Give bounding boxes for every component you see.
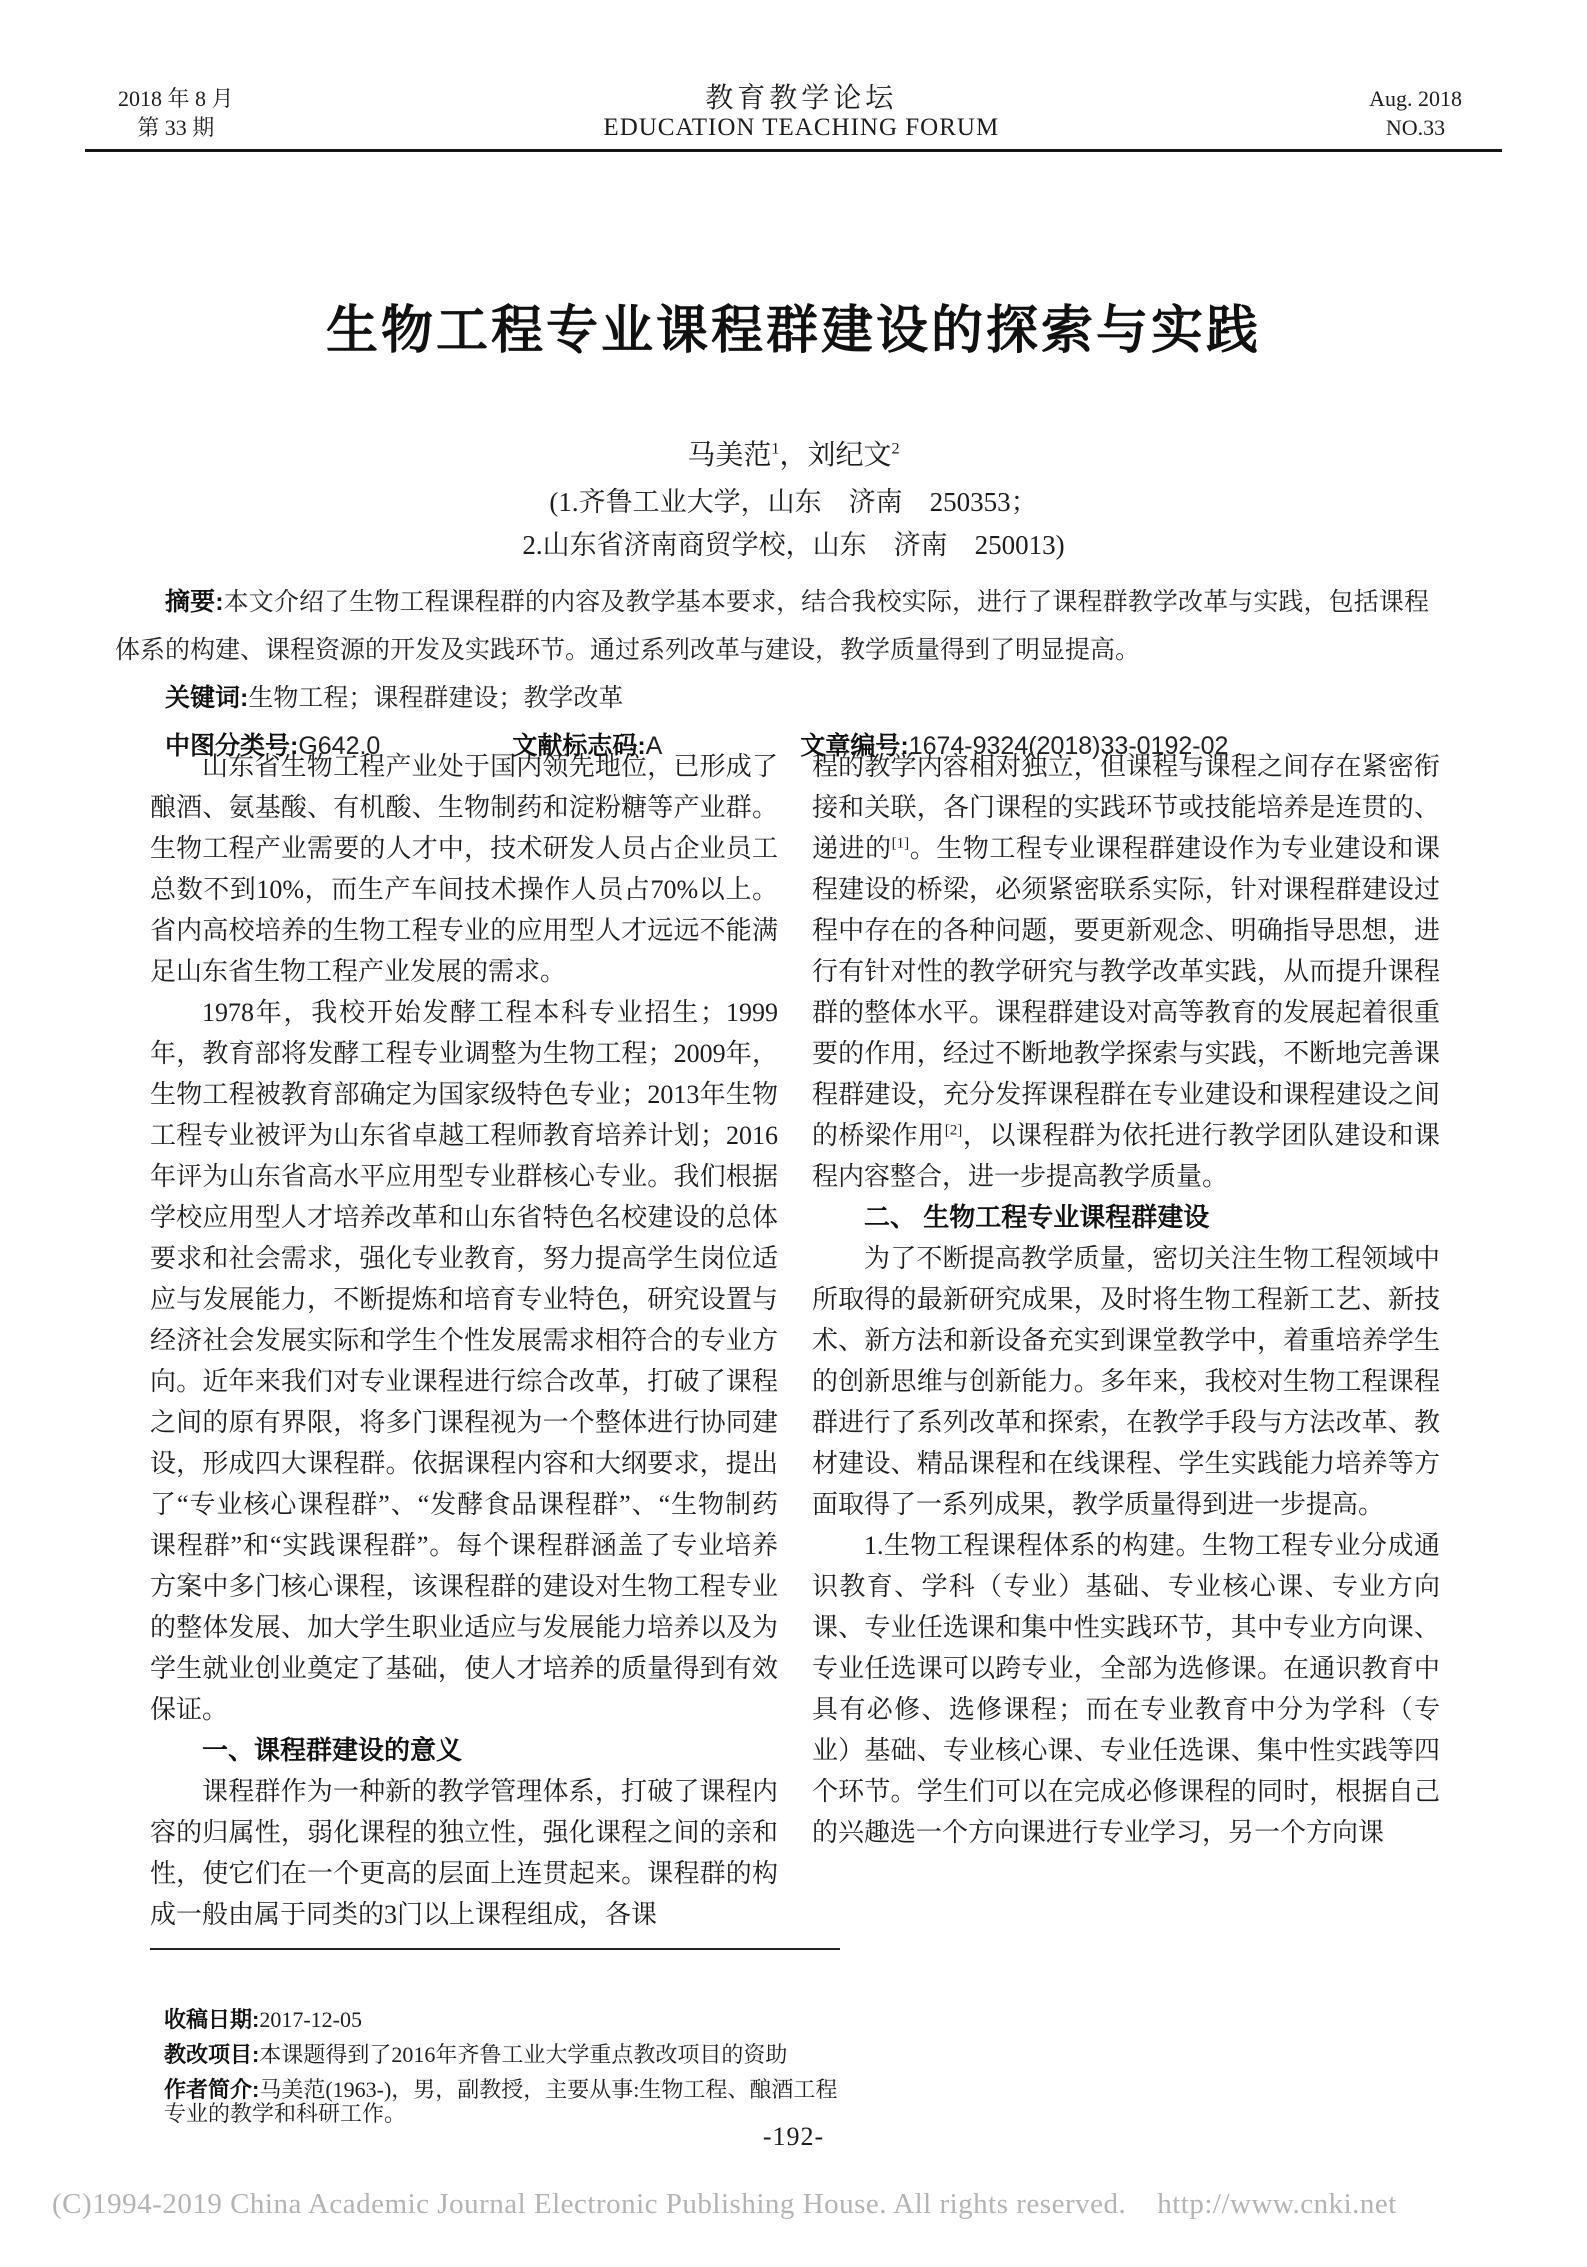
paragraph-significance: 课程群作为一种新的教学管理体系，打破了课程内容的归属性，弱化课程的独立性，强化课… bbox=[150, 1771, 778, 1935]
footnote-project: 教改项目:本课题得到了2016年齐鲁工业大学重点教改项目的资助 bbox=[164, 2043, 850, 2067]
keywords-text: 生物工程；课程群建设；教学改革 bbox=[248, 684, 623, 712]
masthead-left: 2018 年 8 月 第 33 期 bbox=[118, 84, 234, 142]
issue-number-cn: 第 33 期 bbox=[118, 113, 234, 142]
abstract-text: 本文介绍了生物工程课程群的内容及教学基本要求，结合我校实际，进行了课程群教学改革… bbox=[115, 588, 1429, 664]
journal-title-cn: 教育教学论坛 bbox=[603, 84, 999, 113]
footnotes: 收稿日期:2017-12-05 教改项目:本课题得到了2016年齐鲁工业大学重点… bbox=[150, 1948, 850, 2137]
author-bio-label: 作者简介: bbox=[164, 2077, 259, 2102]
issue-date-cn: 2018 年 8 月 bbox=[118, 84, 234, 113]
author-bio-value: 马美范(1963-)，男，副教授，主要从事:生物工程、酿酒工程专业的教学和科研工… bbox=[164, 2077, 837, 2126]
abstract: 摘要:本文介绍了生物工程课程群的内容及教学基本要求，结合我校实际，进行了课程群教… bbox=[115, 578, 1429, 674]
masthead-right: Aug. 2018 NO.33 bbox=[1369, 84, 1462, 142]
left-column: 山东省生物工程产业处于国内领先地位，已形成了酿酒、氨基酸、有机酸、生物制药和淀粉… bbox=[150, 746, 778, 1935]
paragraph-intro-industry: 山东省生物工程产业处于国内领先地位，已形成了酿酒、氨基酸、有机酸、生物制药和淀粉… bbox=[150, 746, 778, 992]
copyright-watermark: (C)1994-2019 China Academic Journal Elec… bbox=[52, 2188, 1397, 2221]
article-meta: 摘要:本文介绍了生物工程课程群的内容及教学基本要求，结合我校实际，进行了课程群教… bbox=[115, 578, 1429, 770]
keywords: 关键词:生物工程；课程群建设；教学改革 bbox=[115, 674, 1429, 722]
reference-mark-2: [2] bbox=[945, 1122, 963, 1138]
right-column: 程的教学内容相对独立，但课程与课程之间存在紧密衔接和关联，各门课程的实践环节或技… bbox=[812, 746, 1440, 1935]
issue-number-en: NO.33 bbox=[1369, 113, 1462, 142]
journal-masthead: 2018 年 8 月 第 33 期 教育教学论坛 EDUCATION TEACH… bbox=[85, 84, 1502, 152]
authors-line: 马美范1，刘纪文2 bbox=[0, 440, 1587, 472]
body-columns: 山东省生物工程产业处于国内领先地位，已形成了酿酒、氨基酸、有机酸、生物制药和淀粉… bbox=[150, 746, 1440, 1935]
section-heading-1: 一、课程群建设的意义 bbox=[150, 1730, 778, 1771]
paragraph-significance-continued: 程的教学内容相对独立，但课程与课程之间存在紧密衔接和关联，各门课程的实践环节或技… bbox=[812, 746, 1440, 1197]
paragraph-text: 。生物工程专业课程群建设作为专业建设和课程建设的桥梁，必须紧密联系实际，针对课程… bbox=[812, 834, 1440, 1150]
paragraph-history: 1978年，我校开始发酵工程本科专业招生；1999年，教育部将发酵工程专业调整为… bbox=[150, 992, 778, 1730]
footnote-author-bio: 作者简介:马美范(1963-)，男，副教授，主要从事:生物工程、酿酒工程专业的教… bbox=[164, 2078, 850, 2126]
author-name-2: ，刘纪文 bbox=[780, 440, 892, 471]
reference-mark-1: [1] bbox=[892, 835, 910, 851]
masthead-center: 教育教学论坛 EDUCATION TEACHING FORUM bbox=[603, 84, 999, 142]
abstract-label: 摘要: bbox=[165, 588, 224, 616]
affiliations: (1.齐鲁工业大学，山东 济南 250353； 2.山东省济南商贸学校，山东 济… bbox=[0, 481, 1587, 567]
issue-date-en: Aug. 2018 bbox=[1369, 84, 1462, 113]
article-title: 生物工程专业课程群建设的探索与实践 bbox=[0, 288, 1587, 363]
affiliation-line-1: (1.齐鲁工业大学，山东 济南 250353； bbox=[0, 481, 1587, 524]
author-affiliation-mark-1: 1 bbox=[771, 440, 779, 458]
paragraph-curriculum-system: 1.生物工程课程体系的构建。生物工程专业分成通识教育、学科（专业）基础、专业核心… bbox=[812, 1525, 1440, 1853]
received-date-label: 收稿日期: bbox=[164, 2007, 259, 2032]
keywords-label: 关键词: bbox=[165, 684, 248, 712]
journal-page: 2018 年 8 月 第 33 期 教育教学论坛 EDUCATION TEACH… bbox=[0, 0, 1587, 2267]
author-affiliation-mark-2: 2 bbox=[892, 440, 900, 458]
section-heading-2: 二、 生物工程专业课程群建设 bbox=[812, 1197, 1440, 1238]
page-number: -192- bbox=[0, 2122, 1587, 2152]
paragraph-construction: 为了不断提高教学质量，密切关注生物工程领域中所取得的最新研究成果，及时将生物工程… bbox=[812, 1238, 1440, 1525]
author-name-1: 马美范 bbox=[687, 440, 771, 471]
journal-title-en: EDUCATION TEACHING FORUM bbox=[603, 113, 999, 142]
affiliation-line-2: 2.山东省济南商贸学校，山东 济南 250013) bbox=[0, 524, 1587, 567]
project-value: 本课题得到了2016年齐鲁工业大学重点教改项目的资助 bbox=[259, 2042, 787, 2067]
project-label: 教改项目: bbox=[164, 2042, 259, 2067]
received-date-value: 2017-12-05 bbox=[259, 2007, 362, 2032]
footnote-received-date: 收稿日期:2017-12-05 bbox=[164, 2008, 850, 2032]
footnote-divider bbox=[150, 1948, 840, 1950]
